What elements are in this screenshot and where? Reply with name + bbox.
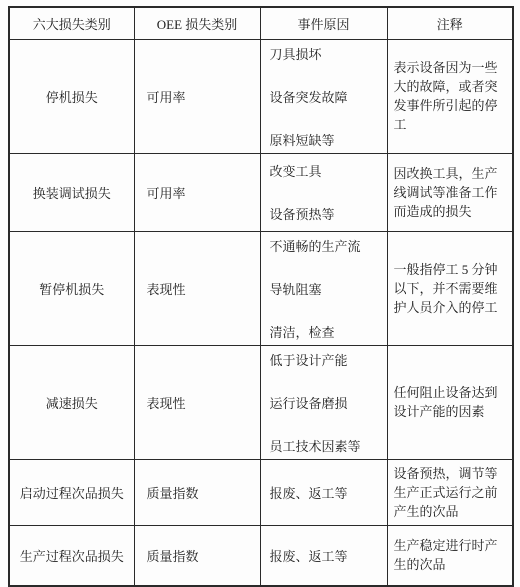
table-row: 减速损失 表现性 低于设计产能 运行设备磨损 员工技术因素等 任何阻止设备达到设… [9,345,513,459]
table-row: 启动过程次品损失 质量指数 报废、返工等 设备预热，调节等生产正式运行之前产生的… [9,459,513,525]
oee-type-cell: 可用率 [134,153,260,231]
header-oee-loss-type: OEE 损失类别 [134,7,260,39]
header-note: 注释 [387,7,513,39]
category-cell: 停机损失 [9,39,134,153]
cause-item: 原料短缺等 [270,130,383,149]
table-row: 暂停机损失 表现性 不通畅的生产流 导轨阻塞 清洁，检查 一般指停工 5 分钟以… [9,231,513,345]
cause-item: 设备预热等 [270,204,383,223]
category-cell: 减速损失 [9,345,134,459]
causes-cell: 报废、返工等 [260,525,387,586]
oee-type-cell: 质量指数 [134,525,260,586]
category-cell: 暂停机损失 [9,231,134,345]
oee-type-cell: 质量指数 [134,459,260,525]
category-cell: 生产过程次品损失 [9,525,134,586]
cause-item: 报废、返工等 [270,483,383,502]
cause-item: 改变工具 [270,161,383,180]
oee-type-cell: 可用率 [134,39,260,153]
cause-item: 不通畅的生产流 [270,236,383,255]
table-row: 换装调试损失 可用率 改变工具 设备预热等 因改换工具，生产线调试等准备工作而造… [9,153,513,231]
causes-cell: 改变工具 设备预热等 [260,153,387,231]
cause-item: 清洁，检查 [270,322,383,341]
note-cell: 生产稳定进行时产生的次品 [387,525,513,586]
causes-cell: 低于设计产能 运行设备磨损 员工技术因素等 [260,345,387,459]
table-header-row: 六大损失类别 OEE 损失类别 事件原因 注释 [9,7,513,39]
causes-cell: 不通畅的生产流 导轨阻塞 清洁，检查 [260,231,387,345]
header-loss-category: 六大损失类别 [9,7,134,39]
causes-cell: 报废、返工等 [260,459,387,525]
note-cell: 因改换工具，生产线调试等准备工作而造成的损失 [387,153,513,231]
note-cell: 一般指停工 5 分钟以下，并不需要维护人员介入的停工 [387,231,513,345]
oee-type-cell: 表现性 [134,231,260,345]
table-row: 停机损失 可用率 刀具损坏 设备突发故障 原料短缺等 表示设备因为一些大的故障，… [9,39,513,153]
note-cell: 设备预热，调节等生产正式运行之前产生的次品 [387,459,513,525]
cause-item: 员工技术因素等 [270,436,383,455]
cause-item: 运行设备磨损 [270,393,383,412]
cause-item: 报废、返工等 [270,546,383,565]
oee-type-cell: 表现性 [134,345,260,459]
cause-item: 低于设计产能 [270,350,383,369]
cause-item: 刀具损坏 [270,44,383,63]
table-row: 生产过程次品损失 质量指数 报废、返工等 生产稳定进行时产生的次品 [9,525,513,586]
note-cell: 任何阻止设备达到设计产能的因素 [387,345,513,459]
category-cell: 换装调试损失 [9,153,134,231]
cause-item: 设备突发故障 [270,87,383,106]
category-cell: 启动过程次品损失 [9,459,134,525]
header-event-cause: 事件原因 [260,7,387,39]
causes-cell: 刀具损坏 设备突发故障 原料短缺等 [260,39,387,153]
note-cell: 表示设备因为一些大的故障，或者突发事件所引起的停工 [387,39,513,153]
six-big-losses-table: 六大损失类别 OEE 损失类别 事件原因 注释 停机损失 可用率 刀具损坏 设备… [8,6,514,587]
cause-item: 导轨阻塞 [270,279,383,298]
